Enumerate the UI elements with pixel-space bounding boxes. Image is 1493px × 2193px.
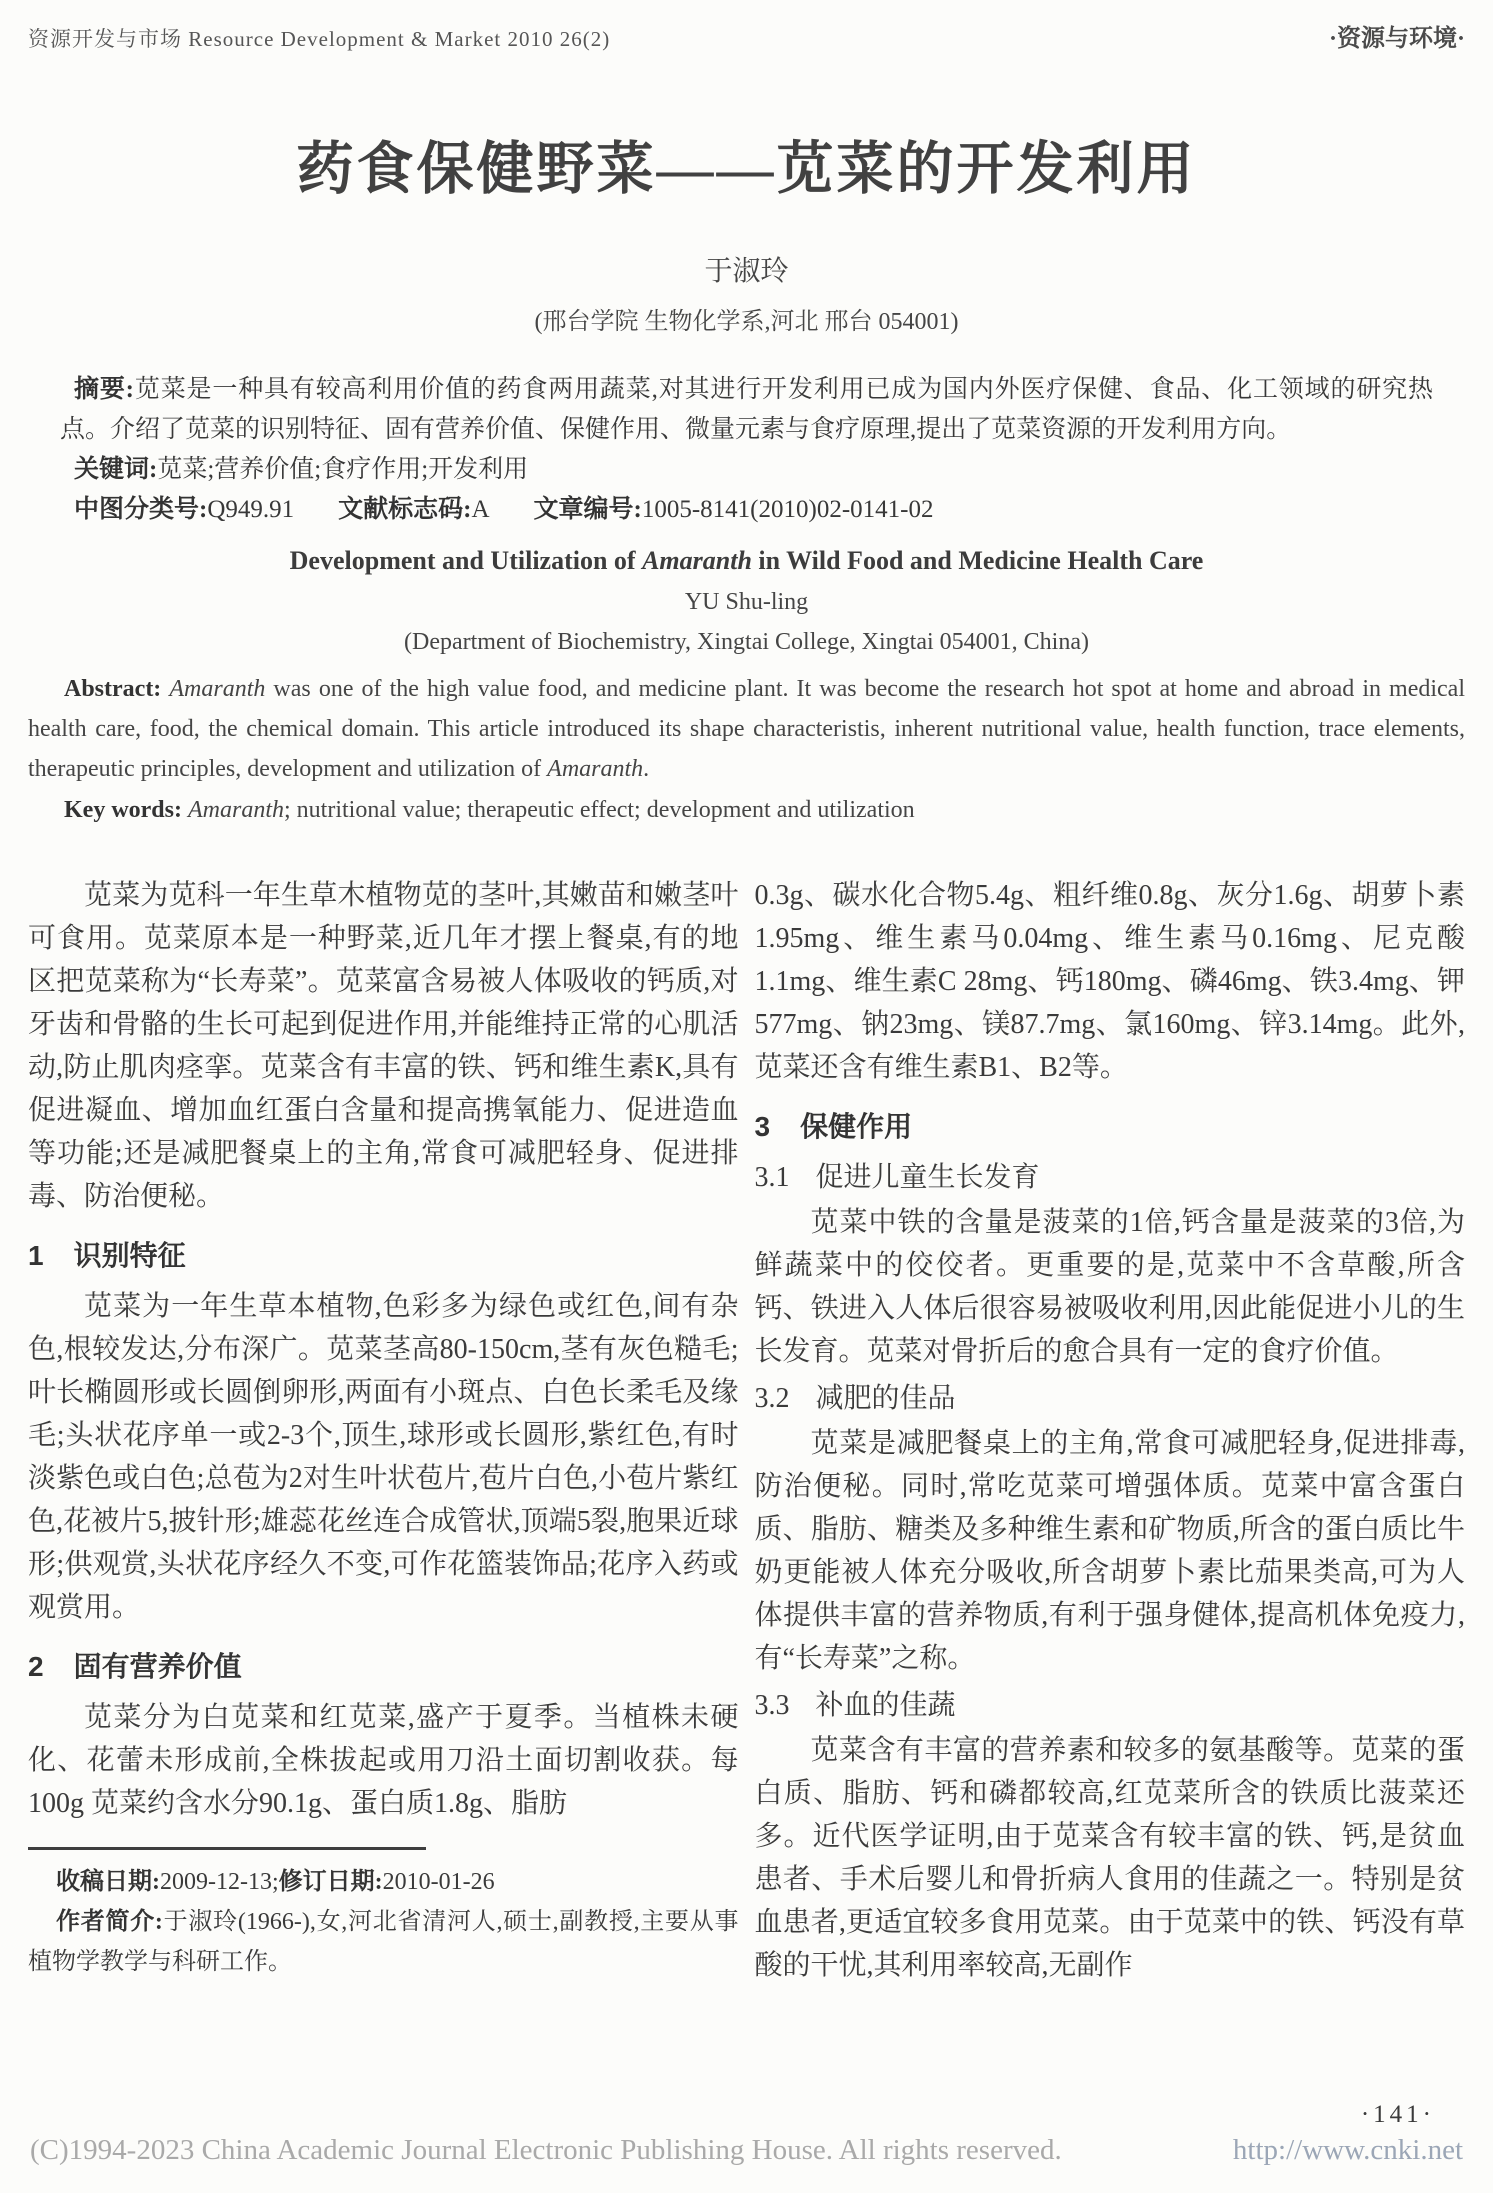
section-3-3-heading: 3.3补血的佳蔬 [755, 1684, 1466, 1727]
keywords-cn-label: 关键词: [74, 456, 157, 483]
abstract-en-italic1: Amaranth [169, 676, 265, 702]
revised-value: 2010-01-26 [383, 1869, 495, 1895]
cnki-url: http://www.cnki.net [1233, 2134, 1463, 2167]
clc-value: Q949.91 [207, 496, 294, 523]
abstract-en-end: . [643, 756, 649, 782]
english-title: Development and Utilization of Amaranth … [28, 546, 1465, 576]
section-3-number: 3 [755, 1111, 771, 1142]
journal-page: 资源开发与市场 Resource Development & Market 20… [0, 0, 1493, 2193]
author-affiliation: (邢台学院 生物化学系,河北 邢台 054001) [28, 301, 1465, 336]
section-name: ·资源与环境· [1329, 18, 1465, 53]
doc-code-value: A [471, 496, 489, 523]
keywords-en-label: Key words: [64, 797, 182, 823]
section-3-1-paragraph: 苋菜中铁的含量是菠菜的1倍,钙含量是菠菜的3倍,为鲜蔬菜中的佼佼者。更重要的是,… [755, 1201, 1466, 1373]
received-value: 2009-12-13; [160, 1869, 279, 1895]
cnki-watermark: (C)1994-2023 China Academic Journal Elec… [30, 2134, 1463, 2167]
english-title-italic: Amaranth [642, 546, 752, 575]
section-3-title: 保健作用 [800, 1111, 912, 1142]
keywords-cn-text: 苋菜;营养价值;食疗作用;开发利用 [157, 456, 528, 483]
intro-paragraph: 苋菜为苋科一年生草木植物苋的茎叶,其嫩苗和嫩茎叶可食用。苋菜原本是一种野菜,近几… [28, 874, 739, 1218]
abstract-cn-label: 摘要: [74, 376, 134, 403]
clc-label: 中图分类号: [74, 496, 207, 523]
left-column: 苋菜为苋科一年生草木植物苋的茎叶,其嫩苗和嫩茎叶可食用。苋菜原本是一种野菜,近几… [28, 874, 739, 1987]
section-1-heading: 1识别特征 [28, 1234, 739, 1277]
article-id-value: 1005-8141(2010)02-0141-02 [642, 496, 934, 523]
section-2-title: 固有营养价值 [74, 1651, 242, 1682]
right-column: 0.3g、碳水化合物5.4g、粗纤维0.8g、灰分1.6g、胡萝卜素1.95mg… [755, 874, 1466, 1987]
section-3-2-number: 3.2 [755, 1383, 790, 1414]
section-3-3-number: 3.3 [755, 1690, 790, 1721]
english-author: YU Shu-ling [28, 589, 1465, 616]
author-bio-line: 作者简介:于淑玲(1966-),女,河北省清河人,硕士,副教授,主要从事植物学教… [28, 1902, 739, 1982]
revised-label: 修订日期: [279, 1869, 383, 1895]
section-3-1-title: 促进儿童生长发育 [816, 1162, 1040, 1193]
abstract-cn-text: 苋菜是一种具有较高利用价值的药食两用蔬菜,对其进行开发利用已成为国内外医疗保健、… [60, 376, 1433, 443]
section-1-number: 1 [28, 1240, 44, 1271]
bio-label: 作者简介: [56, 1909, 163, 1935]
section-2-paragraph: 苋菜分为白苋菜和红苋菜,盛产于夏季。当植株未硬化、花蕾未形成前,全株拔起或用刀沿… [28, 1696, 739, 1825]
section-1-title: 识别特征 [74, 1240, 186, 1271]
article-id-label: 文章编号: [534, 496, 642, 523]
section-1-paragraph: 苋菜为一年生草本植物,色彩多为绿色或红色,间有杂色,根较发达,分布深广。苋菜茎高… [28, 1285, 739, 1629]
running-header: 资源开发与市场 Resource Development & Market 20… [28, 18, 1465, 53]
footnote-block: 收稿日期:2009-12-13;修订日期:2010-01-26 作者简介:于淑玲… [28, 1847, 739, 1982]
author-name: 于淑玲 [28, 249, 1465, 289]
keywords-cn: 关键词:苋菜;营养价值;食疗作用;开发利用 [60, 450, 1433, 490]
doc-code-label: 文献标志码: [338, 496, 471, 523]
abstract-en: Abstract: Amaranth was one of the high v… [28, 669, 1465, 789]
section-2-heading: 2固有营养价值 [28, 1645, 739, 1688]
article-title: 药食保健野菜——苋菜的开发利用 [28, 123, 1465, 205]
footnote-divider [28, 1847, 426, 1850]
section-3-1-number: 3.1 [755, 1162, 790, 1193]
abstract-cn: 摘要:苋菜是一种具有较高利用价值的药食两用蔬菜,对其进行开发利用已成为国内外医疗… [60, 370, 1433, 450]
journal-name: 资源开发与市场 Resource Development & Market 20… [28, 23, 610, 53]
article-meta: 中图分类号:Q949.91文献标志码:A文章编号:1005-8141(2010)… [60, 490, 1433, 530]
body-columns: 苋菜为苋科一年生草木植物苋的茎叶,其嫩苗和嫩茎叶可食用。苋菜原本是一种野菜,近几… [28, 874, 1465, 1987]
section-2-continuation: 0.3g、碳水化合物5.4g、粗纤维0.8g、灰分1.6g、胡萝卜素1.95mg… [755, 874, 1466, 1089]
section-3-2-title: 减肥的佳品 [816, 1383, 956, 1414]
english-title-pre: Development and Utilization of [290, 546, 642, 575]
section-3-1-heading: 3.1促进儿童生长发育 [755, 1156, 1466, 1199]
keywords-en-italic: Amaranth [188, 797, 284, 823]
section-3-2-paragraph: 苋菜是减肥餐桌上的主角,常食可减肥轻身,促进排毒,防治便秘。同时,常吃苋菜可增强… [755, 1422, 1466, 1680]
received-label: 收稿日期: [56, 1869, 160, 1895]
english-title-post: in Wild Food and Medicine Health Care [752, 546, 1203, 575]
section-3-3-title: 补血的佳蔬 [816, 1690, 956, 1721]
received-date-line: 收稿日期:2009-12-13;修订日期:2010-01-26 [28, 1862, 739, 1902]
section-3-heading: 3保健作用 [755, 1105, 1466, 1148]
page-number: ·141· [1361, 2101, 1435, 2129]
keywords-en: Key words: Amaranth; nutritional value; … [28, 790, 1465, 830]
copyright-text: (C)1994-2023 China Academic Journal Elec… [30, 2134, 1062, 2167]
abstract-en-label: Abstract: [64, 676, 161, 702]
section-2-number: 2 [28, 1651, 44, 1682]
section-3-2-heading: 3.2减肥的佳品 [755, 1377, 1466, 1420]
section-3-3-paragraph: 苋菜含有丰富的营养素和较多的氨基酸等。苋菜的蛋白质、脂肪、钙和磷都较高,红苋菜所… [755, 1729, 1466, 1987]
abstract-en-italic2: Amaranth [547, 756, 643, 782]
english-affiliation: (Department of Biochemistry, Xingtai Col… [28, 629, 1465, 656]
keywords-en-rest: ; nutritional value; therapeutic effect;… [284, 797, 915, 823]
